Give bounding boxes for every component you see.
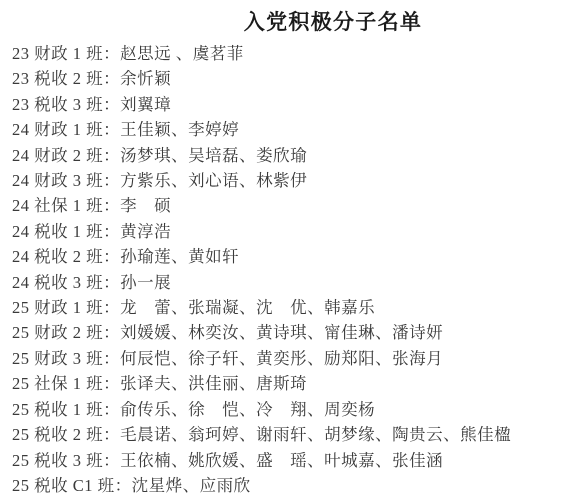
roster-row: 24 税收 2 班：孙瑜莲、黄如轩 bbox=[12, 244, 578, 269]
class-label: 23 财政 1 班： bbox=[12, 44, 120, 63]
roster-row: 25 税收 3 班：王依楠、姚欣媛、盛 瑶、叶城嘉、张佳涵 bbox=[12, 448, 578, 473]
roster-row: 25 税收 2 班：毛晨诺、翁珂婷、谢雨轩、胡梦缘、陶贵云、熊佳楹 bbox=[12, 422, 578, 447]
roster-row: 25 财政 3 班：何辰恺、徐子轩、黄奕彤、励郑阳、张海月 bbox=[12, 346, 578, 371]
class-label: 24 税收 2 班： bbox=[12, 247, 120, 266]
student-names: 方紫乐、刘心语、林紫伊 bbox=[120, 171, 307, 190]
student-names: 刘媛媛、林奕汝、黄诗琪、甯佳琳、潘诗妍 bbox=[120, 323, 443, 342]
student-names: 王佳颖、李婷婷 bbox=[120, 120, 239, 139]
roster-row: 24 社保 1 班：李 硕 bbox=[12, 193, 578, 218]
student-names: 刘翼璋 bbox=[120, 95, 171, 114]
roster-row: 24 税收 1 班：黄淳浩 bbox=[12, 219, 578, 244]
student-names: 黄淳浩 bbox=[120, 222, 171, 241]
page-title: 入党积极分子名单 bbox=[12, 11, 578, 35]
student-names: 何辰恺、徐子轩、黄奕彤、励郑阳、张海月 bbox=[120, 349, 443, 368]
class-label: 25 财政 2 班： bbox=[12, 323, 120, 342]
class-label: 24 社保 1 班： bbox=[12, 196, 120, 215]
roster-row: 24 财政 1 班：王佳颖、李婷婷 bbox=[12, 117, 578, 142]
roster-row: 24 税收 3 班：孙一展 bbox=[12, 270, 578, 295]
roster-row: 23 财政 1 班：赵思远 、虞茗菲 bbox=[12, 41, 578, 66]
student-names: 李 硕 bbox=[120, 196, 171, 215]
roster-row: 25 财政 1 班：龙 蕾、张瑞凝、沈 优、韩嘉乐 bbox=[12, 295, 578, 320]
student-names: 汤梦琪、吴培磊、娄欣瑜 bbox=[120, 146, 307, 165]
class-label: 23 税收 2 班： bbox=[12, 69, 120, 88]
student-names: 俞传乐、徐 恺、冷 翔、周奕杨 bbox=[120, 400, 375, 419]
class-label: 24 财政 2 班： bbox=[12, 146, 120, 165]
class-label: 25 财政 1 班： bbox=[12, 298, 120, 317]
class-label: 24 税收 1 班： bbox=[12, 222, 120, 241]
class-label: 24 财政 3 班： bbox=[12, 171, 120, 190]
student-names: 龙 蕾、张瑞凝、沈 优、韩嘉乐 bbox=[120, 298, 375, 317]
student-names: 赵思远 、虞茗菲 bbox=[120, 44, 244, 63]
student-names: 孙一展 bbox=[120, 273, 171, 292]
student-names: 余忻颖 bbox=[120, 69, 171, 88]
class-label: 25 社保 1 班： bbox=[12, 374, 120, 393]
roster-row: 25 社保 1 班：张译夫、洪佳丽、唐斯琦 bbox=[12, 371, 578, 396]
class-label: 25 税收 3 班： bbox=[12, 451, 120, 470]
roster-row: 25 税收 C1 班：沈星烨、应雨欣 bbox=[12, 473, 578, 498]
roster-row: 25 税收 1 班：俞传乐、徐 恺、冷 翔、周奕杨 bbox=[12, 397, 578, 422]
student-names: 沈星烨、应雨欣 bbox=[132, 476, 251, 495]
class-label: 24 税收 3 班： bbox=[12, 273, 120, 292]
class-label: 25 税收 2 班： bbox=[12, 425, 120, 444]
roster-row: 25 财政 2 班：刘媛媛、林奕汝、黄诗琪、甯佳琳、潘诗妍 bbox=[12, 320, 578, 345]
roster-row: 23 税收 2 班：余忻颖 bbox=[12, 66, 578, 91]
document-page: 入党积极分子名单 23 财政 1 班：赵思远 、虞茗菲 23 税收 2 班：余忻… bbox=[0, 0, 584, 501]
roster-row: 23 税收 3 班：刘翼璋 bbox=[12, 92, 578, 117]
student-names: 张译夫、洪佳丽、唐斯琦 bbox=[120, 374, 307, 393]
class-label: 25 财政 3 班： bbox=[12, 349, 120, 368]
class-label: 24 财政 1 班： bbox=[12, 120, 120, 139]
student-names: 毛晨诺、翁珂婷、谢雨轩、胡梦缘、陶贵云、熊佳楹 bbox=[120, 425, 511, 444]
class-label: 25 税收 C1 班： bbox=[12, 476, 132, 495]
class-label: 25 税收 1 班： bbox=[12, 400, 120, 419]
roster-list: 23 财政 1 班：赵思远 、虞茗菲 23 税收 2 班：余忻颖 23 税收 3… bbox=[12, 41, 578, 498]
roster-row: 24 财政 3 班：方紫乐、刘心语、林紫伊 bbox=[12, 168, 578, 193]
class-label: 23 税收 3 班： bbox=[12, 95, 120, 114]
roster-row: 24 财政 2 班：汤梦琪、吴培磊、娄欣瑜 bbox=[12, 143, 578, 168]
student-names: 孙瑜莲、黄如轩 bbox=[120, 247, 239, 266]
student-names: 王依楠、姚欣媛、盛 瑶、叶城嘉、张佳涵 bbox=[120, 451, 443, 470]
